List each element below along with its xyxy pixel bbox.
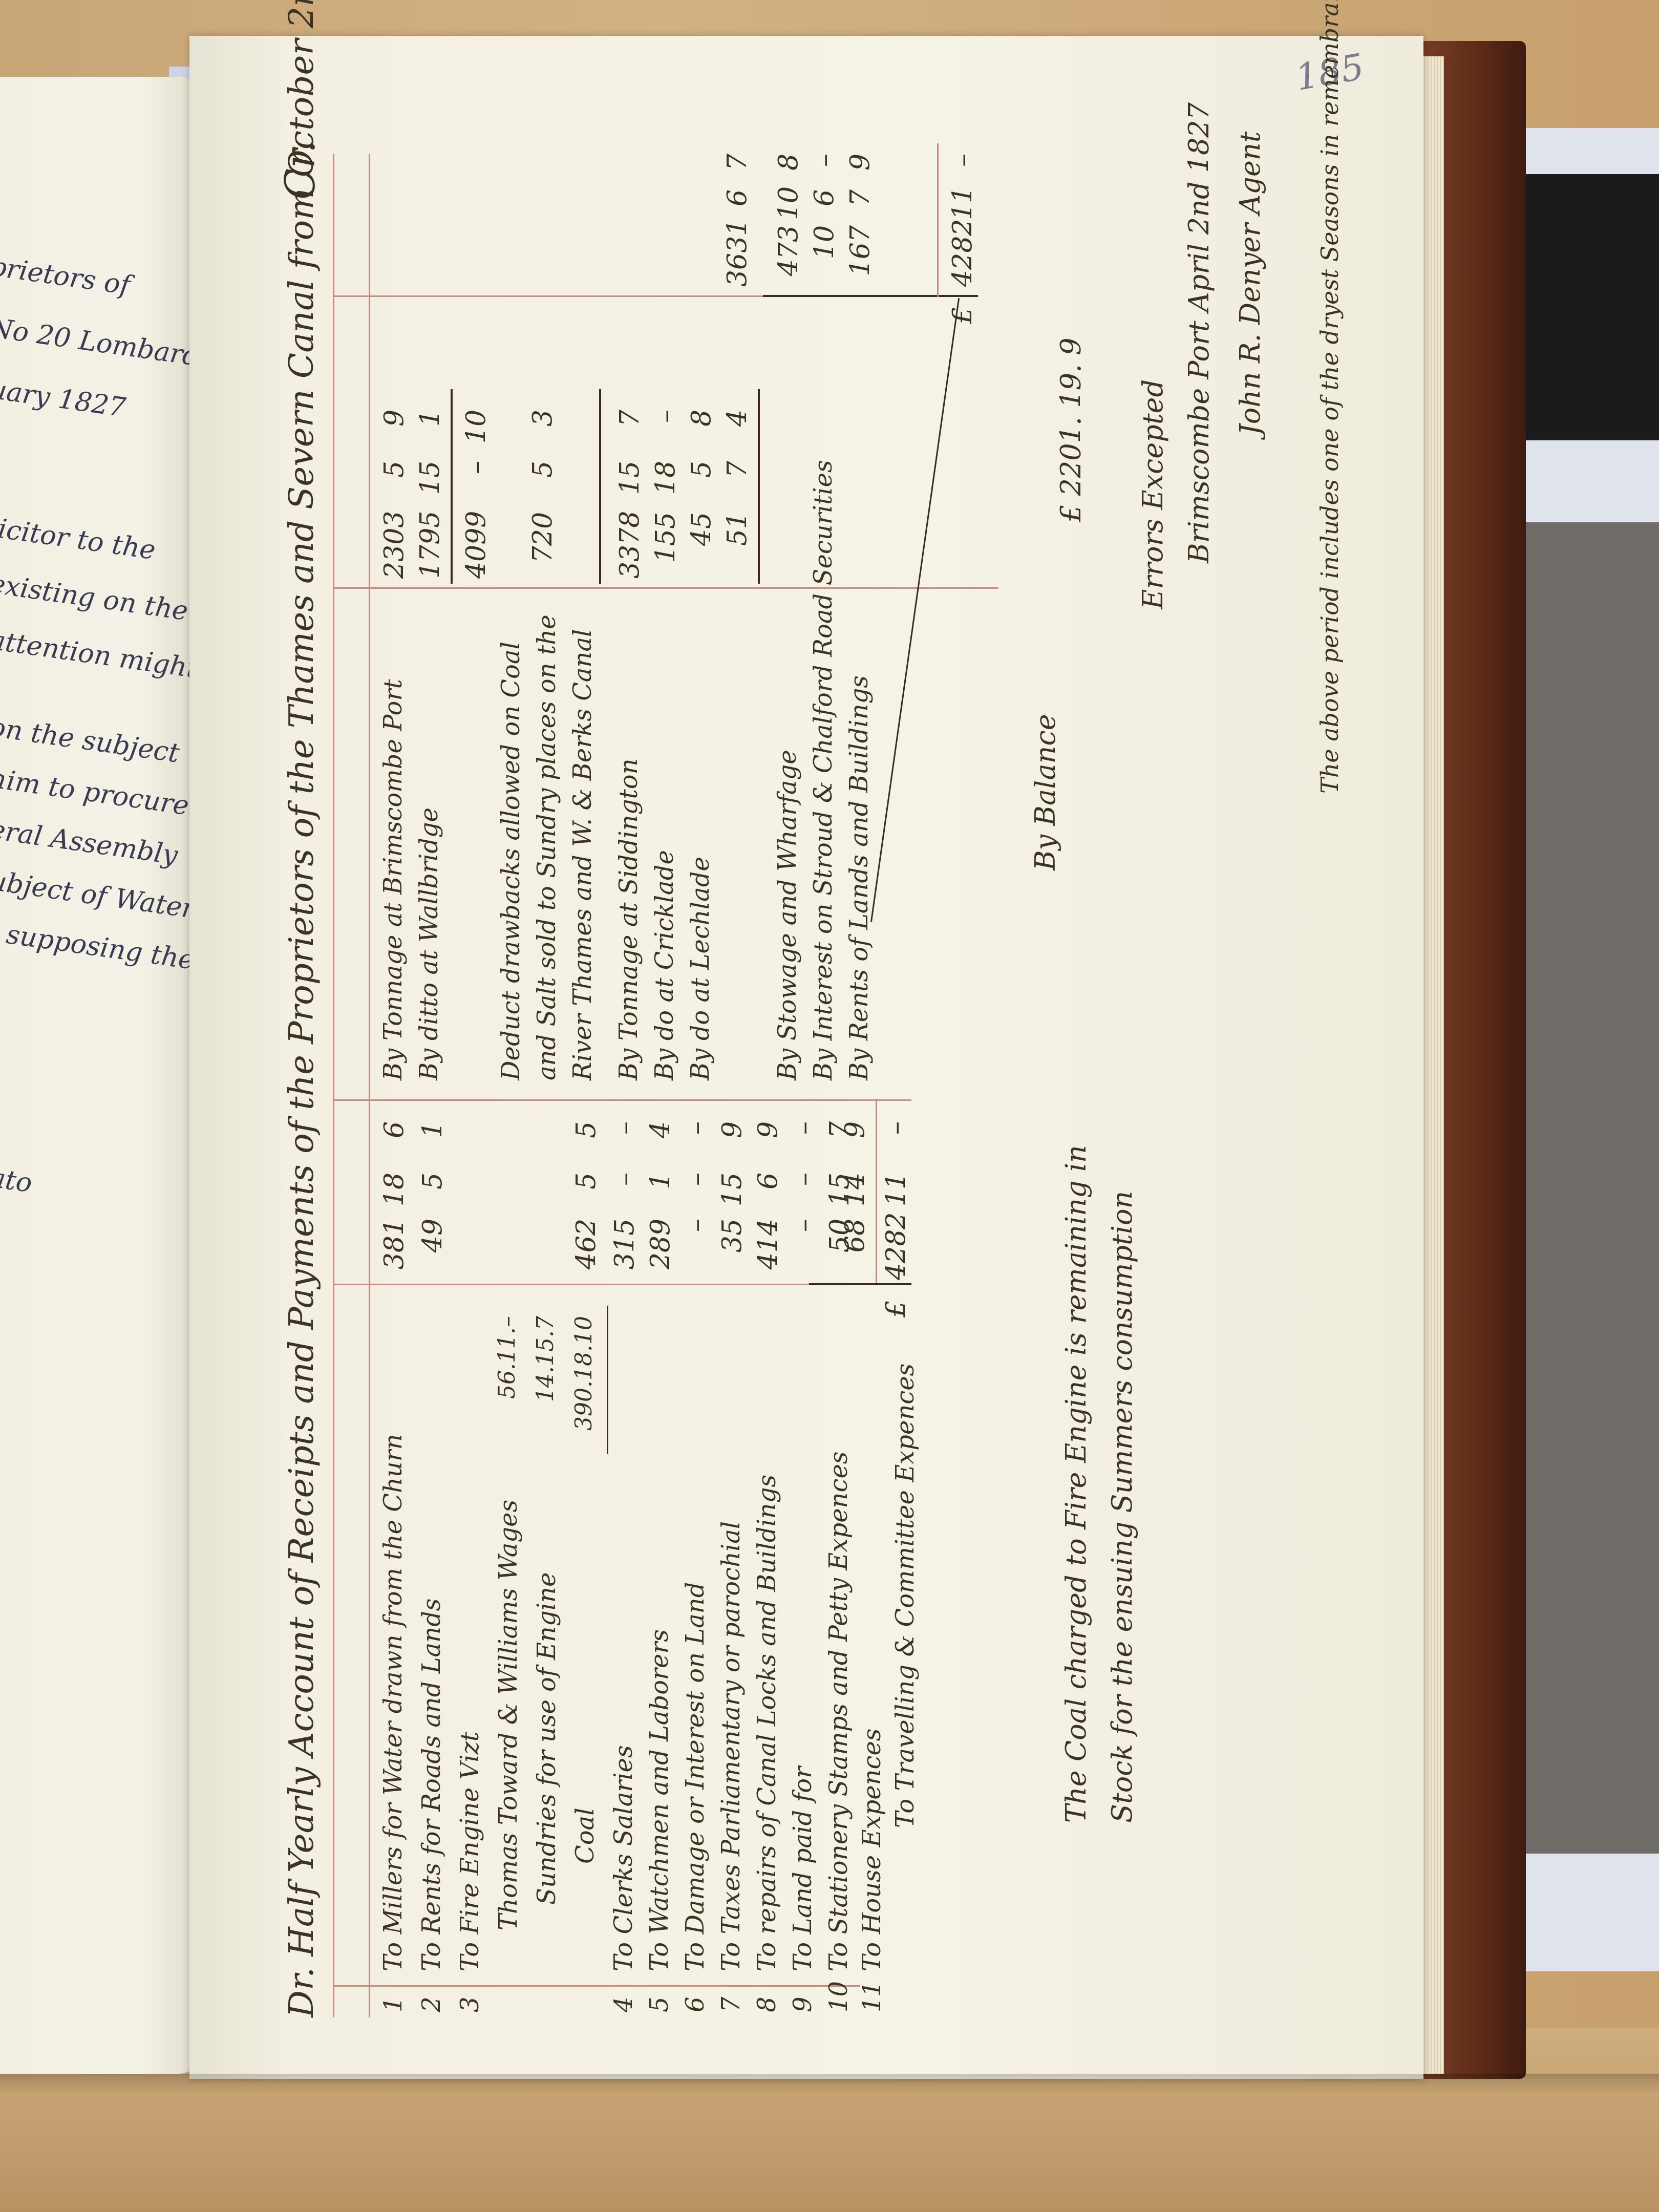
- debit-entry-text: To Clerks Salaries: [609, 1745, 638, 1971]
- credit-outer-shillings: 10: [773, 189, 804, 220]
- debit-sub-entry-text: Thomas Toward & Williams Wages: [494, 1500, 523, 1930]
- credit-entry-text: By Tonnage at Siddington: [614, 758, 643, 1080]
- left-page-line: attention might: [0, 625, 200, 684]
- left-page-line: ubject of Water: [0, 865, 197, 925]
- debit-pounds: 462: [571, 1219, 602, 1280]
- errors-excepted: Errors Excepted: [1137, 379, 1169, 609]
- debit-balance-pounds: 68: [840, 1219, 870, 1280]
- credit-pounds: 2303: [379, 512, 410, 579]
- credit-subtotal-rule: [758, 389, 760, 584]
- cancel-stroke: [870, 298, 960, 922]
- credit-outer-shillings: 6: [809, 189, 840, 220]
- credit-outer-pence: 9: [845, 154, 876, 184]
- debit-entry-text: To Stationery Stamps and Petty Expences: [824, 1452, 853, 1971]
- credit-outer-pence: –: [809, 154, 840, 184]
- credit-balance-label: By Balance: [1029, 714, 1061, 870]
- credit-pence: –: [650, 410, 681, 451]
- left-page-line: him to procure: [0, 763, 191, 821]
- credit-shillings: 5: [686, 461, 717, 502]
- coal-note-line-2: Stock for the ensuing Summers consumptio…: [1106, 1191, 1138, 1823]
- left-page-line: licitor to the: [0, 512, 157, 566]
- credit-total-currency: £: [947, 307, 978, 358]
- left-page: prietors of No 20 Lombard uary 1827 lici…: [0, 77, 200, 2074]
- credit-pence: 8: [686, 410, 717, 451]
- agent-signature: John R. Denyer Agent: [1234, 132, 1266, 435]
- header-rule: [333, 154, 334, 2017]
- debit-sub-amount: 390.18.10: [571, 1316, 597, 1459]
- debit-number-column-rule: [333, 1985, 860, 1987]
- debit-entry-number: 9: [789, 1996, 817, 2012]
- credit-outer-pounds: 10: [809, 225, 840, 287]
- debit-total-rule: [876, 1101, 877, 1285]
- credit-outer-pounds: 473: [773, 225, 804, 287]
- debit-pence: –: [789, 1121, 819, 1162]
- left-page-line: on the subject: [0, 712, 181, 769]
- debit-total-currency: £: [881, 1301, 911, 1352]
- credit-outer-pence: 7: [722, 154, 753, 184]
- debit-pence: 1: [417, 1121, 448, 1162]
- debit-pence: 5: [571, 1121, 602, 1162]
- coal-note-line-1: The Coal charged to Fire Engine is remai…: [1060, 1145, 1092, 1823]
- credit-outer-column-rule: [333, 295, 794, 297]
- debit-pounds: –: [681, 1219, 712, 1280]
- credit-shillings: –: [461, 461, 492, 502]
- credit-subtotal-rule: [451, 389, 453, 584]
- credit-mark: Cr.: [276, 140, 324, 200]
- debit-pence: 9: [717, 1121, 748, 1162]
- debit-entry-text: To Fire Engine Vizt: [456, 1732, 484, 1971]
- debit-pence: 4: [645, 1121, 676, 1162]
- debit-shillings: 5: [417, 1173, 448, 1214]
- debit-balance-label: To Travelling & Committee Expences: [891, 1364, 920, 1828]
- credit-total-pence: –: [947, 154, 978, 184]
- debit-entry-text: To Taxes Parliamentary or parochial: [717, 1521, 746, 1971]
- debit-entry-number: 4: [609, 1996, 638, 2012]
- credit-pounds: 4099: [461, 512, 492, 579]
- debit-pounds: 414: [753, 1219, 783, 1280]
- ledger-title: Dr. Half Yearly Account of Receipts and …: [282, 0, 321, 2017]
- debit-entry-text: To Damage or Interest on Land: [681, 1582, 710, 1971]
- credit-pounds: 155: [650, 512, 681, 579]
- debit-sub-amount: 56.11.–: [494, 1316, 520, 1459]
- debit-shillings: 15: [717, 1173, 748, 1214]
- credit-amount-column-rule: [333, 587, 998, 589]
- debit-divider-rule: [333, 1099, 911, 1101]
- debit-pence: 9: [753, 1121, 783, 1162]
- left-page-line: No 20 Lombard: [0, 312, 202, 372]
- credit-total-pounds: 4282: [947, 225, 978, 287]
- credit-outer-pounds: 167: [845, 225, 876, 287]
- debit-pence: –: [681, 1121, 712, 1162]
- debit-pence: 6: [379, 1121, 410, 1162]
- credit-pence: 9: [379, 410, 410, 451]
- credit-total-rule: [937, 143, 939, 297]
- left-page-line: prietors of: [0, 251, 132, 301]
- credit-entry-text: By Rents of Lands and Buildings: [845, 675, 874, 1080]
- credit-pence: 10: [461, 410, 492, 451]
- credit-pence: 3: [527, 410, 558, 451]
- debit-shillings: 6: [753, 1173, 783, 1214]
- credit-balance-value: £ 2201. 19. 9: [1055, 337, 1087, 522]
- debit-entry-number: 1: [379, 1996, 408, 2012]
- debit-pounds: 315: [609, 1219, 640, 1280]
- debit-sub-amount: 14.15.7: [533, 1316, 559, 1459]
- debit-entry-text: To Millers for Water drawn from the Chur…: [379, 1434, 408, 1971]
- debit-shillings: 18: [379, 1173, 410, 1214]
- left-page-line: ato: [0, 1162, 34, 1199]
- debit-balance-pence: 9: [840, 1121, 870, 1162]
- debit-sub-entry-text: Coal: [571, 1807, 600, 1864]
- credit-outer-pence: 8: [773, 154, 804, 184]
- debit-shillings: 1: [645, 1173, 676, 1214]
- subtotal-underline: [607, 1306, 608, 1454]
- credit-pounds: 720: [527, 512, 558, 579]
- credit-entry-text: By Tonnage at Brimscombe Port: [379, 679, 408, 1080]
- debit-entry-number: 6: [681, 1996, 710, 2012]
- header-rule: [369, 154, 370, 2017]
- debit-total-box: [809, 1283, 911, 1285]
- debit-entry-number: 10: [824, 1981, 853, 2012]
- credit-shillings: 5: [379, 461, 410, 502]
- credit-entry-text: By do at Lechlade: [686, 857, 715, 1080]
- credit-total-shillings: 11: [947, 189, 978, 220]
- credit-pounds: 45: [686, 512, 717, 579]
- credit-pence: 4: [722, 410, 753, 451]
- debit-shillings: –: [789, 1173, 819, 1214]
- debit-entry-number: 8: [753, 1996, 781, 2012]
- debit-total-pence: –: [881, 1121, 911, 1162]
- credit-entry-text: By do at Cricklade: [650, 850, 679, 1080]
- debit-total-shillings: 11: [881, 1173, 911, 1214]
- debit-entry-number: 3: [456, 1996, 484, 2012]
- signoff-place-date: Brimscombe Port April 2nd 1827: [1183, 102, 1215, 563]
- credit-pounds: 3378: [614, 512, 645, 579]
- debit-entry-text: To repairs of Canal Locks and Buildings: [753, 1475, 781, 1971]
- credit-shillings: 15: [614, 461, 645, 502]
- debit-total-pounds: 4282: [881, 1219, 911, 1280]
- debit-balance-shillings: 14: [840, 1173, 870, 1214]
- left-page-line: , supposing the: [0, 917, 196, 975]
- debit-entry-number: 5: [645, 1996, 674, 2012]
- debit-pounds: 381: [379, 1219, 410, 1280]
- debit-pounds: 49: [417, 1219, 448, 1280]
- credit-pounds: 1795: [415, 512, 445, 579]
- debit-shillings: 5: [571, 1173, 602, 1214]
- credit-outer-shillings: 6: [722, 189, 753, 220]
- debit-entry-number: 7: [717, 1996, 746, 2012]
- debit-entry-number: 11: [858, 1981, 886, 2012]
- credit-outer-shillings: 7: [845, 189, 876, 220]
- left-page-line: eral Assembly: [0, 814, 180, 871]
- credit-shillings: 5: [527, 461, 558, 502]
- credit-entry-text: By Interest on Stroud & Chalford Road Se…: [809, 460, 838, 1080]
- page-shadow: [0, 2074, 1659, 2094]
- debit-pounds: 289: [645, 1219, 676, 1280]
- debit-sub-entry-text: Sundries for use of Engine: [533, 1572, 561, 1905]
- credit-total-box: [763, 295, 978, 297]
- credit-pounds: 51: [722, 512, 753, 579]
- credit-entry-text: Deduct drawbacks allowed on Coal: [497, 642, 525, 1080]
- credit-pence: 1: [415, 410, 445, 451]
- credit-entry-text: By Stowage and Wharfage: [773, 750, 802, 1080]
- debit-entry-number: 2: [417, 1996, 446, 2012]
- credit-shillings: 7: [722, 461, 753, 502]
- left-page-line: existing on the: [0, 568, 190, 627]
- debit-entry-text: To Watchmen and Laborers: [645, 1629, 674, 1971]
- credit-pence: 7: [614, 410, 645, 451]
- debit-shillings: –: [609, 1173, 640, 1214]
- period-note: The above period includes one of the dry…: [1316, 0, 1344, 794]
- credit-entry-text: River Thames and W. & Berks Canal: [568, 629, 597, 1080]
- debit-shillings: –: [681, 1173, 712, 1214]
- debit-entry-text: To House Expences: [858, 1729, 886, 1972]
- credit-outer-pounds: 3631: [722, 225, 753, 287]
- credit-subtotal-rule: [599, 389, 601, 584]
- debit-pounds: 35: [717, 1219, 748, 1280]
- credit-entry-text: By ditto at Wallbridge: [415, 807, 443, 1080]
- credit-shillings: 18: [650, 461, 681, 502]
- left-page-line: uary 1827: [0, 374, 127, 423]
- debit-pounds: –: [789, 1219, 819, 1280]
- ledger-sheet: Dr. Half Yearly Account of Receipts and …: [220, 123, 1398, 2048]
- debit-pence: –: [609, 1121, 640, 1162]
- debit-entry-text: To Land paid for: [789, 1767, 817, 1971]
- credit-entry-text: and Salt sold to Sundry places on the: [533, 614, 561, 1080]
- debit-entry-text: To Rents for Roads and Lands: [417, 1598, 446, 1971]
- credit-shillings: 15: [415, 461, 445, 502]
